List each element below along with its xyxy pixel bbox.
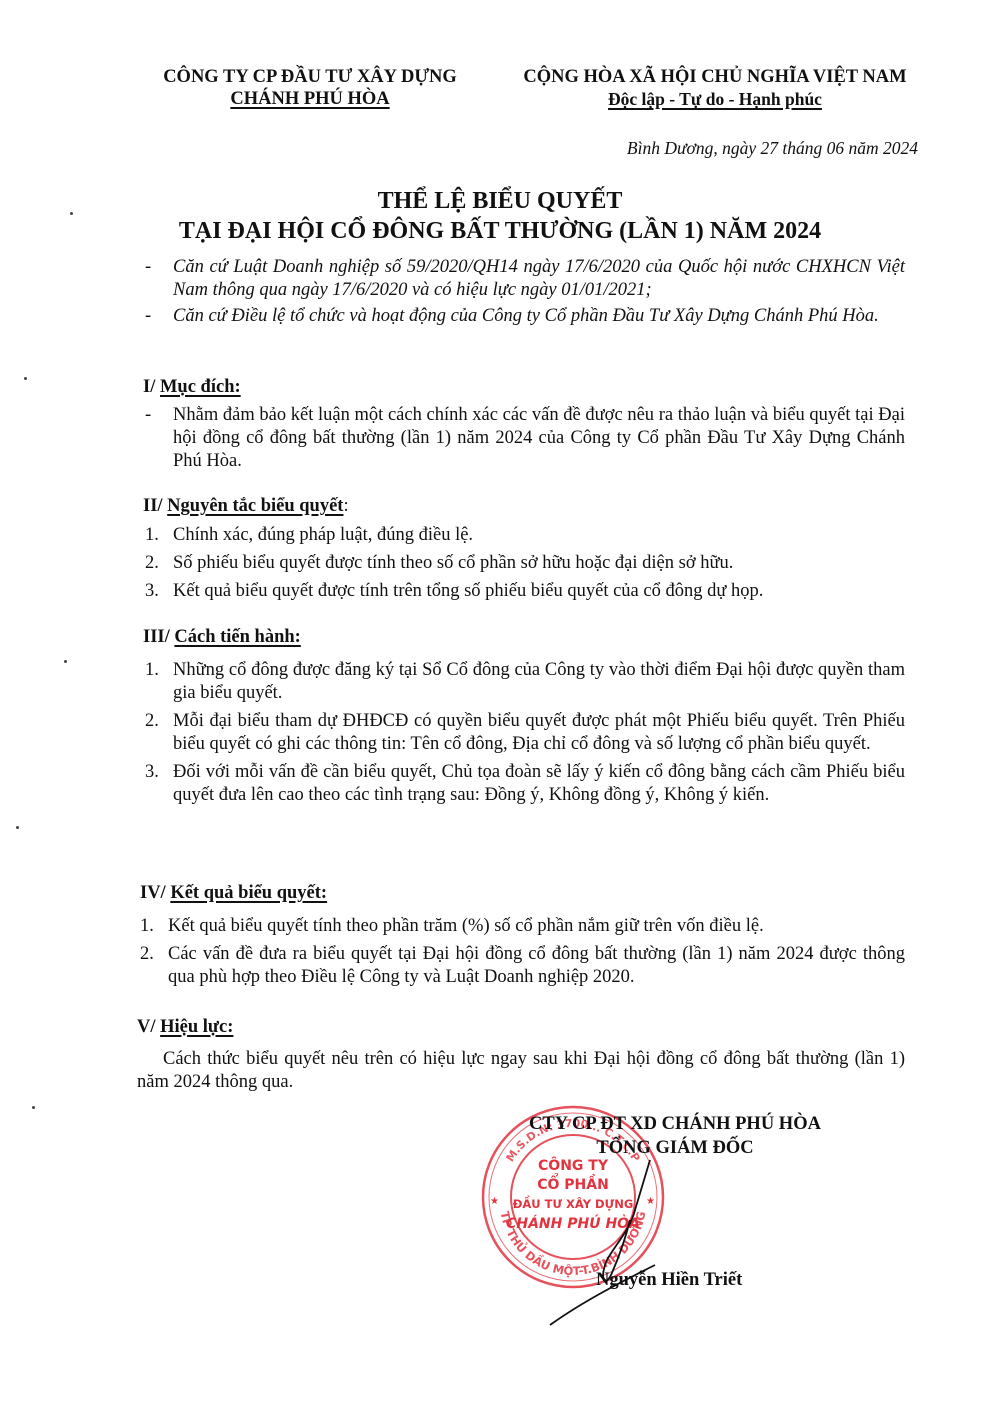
section-procedure: III/ Cách tiến hành: 1.Những cổ đông đượ… [145,626,905,807]
list-item: 3.Đối với mỗi vấn đề cần biểu quyết, Chủ… [145,761,905,807]
effect-paragraph: Cách thức biểu quyết nêu trên có hiệu lự… [137,1048,905,1094]
signer-name: Nguyễn Hiền Triết [596,1270,742,1291]
section-heading: I/ Mục đích: [143,376,905,399]
section-purpose: I/ Mục đích: - Nhằm đảm bảo kết luận một… [145,376,905,473]
preamble-item: - Căn cứ Điều lệ tổ chức và hoạt động củ… [145,305,905,328]
preamble-item: - Căn cứ Luật Doanh nghiệp số 59/2020/QH… [145,256,905,302]
scan-speck [32,1106,35,1109]
scan-speck [70,212,73,215]
list-item: 1.Kết quả biểu quyết tính theo phần trăm… [140,915,905,938]
section-heading: II/ Nguyên tắc biểu quyết: [143,495,905,518]
svg-text:★: ★ [490,1196,499,1207]
section-effect: V/ Hiệu lực: Cách thức biểu quyết nêu tr… [137,1016,905,1094]
list-item: 2.Số phiếu biểu quyết được tính theo số … [145,552,905,575]
company-header: CÔNG TY CP ĐẦU TƯ XÂY DỰNG CHÁNH PHÚ HÒA [140,66,480,110]
company-name-line1: CÔNG TY CP ĐẦU TƯ XÂY DỰNG [140,66,480,88]
handwritten-signature [545,1150,665,1330]
title-line1: THỂ LỆ BIỂU QUYẾT [0,186,1000,216]
company-name-line2: CHÁNH PHÚ HÒA [140,88,480,110]
section-principles: II/ Nguyên tắc biểu quyết: 1.Chính xác, … [145,495,905,603]
list-item: 1.Những cổ đông được đăng ký tại Sổ Cổ đ… [145,659,905,705]
title-line2: TẠI ĐẠI HỘI CỔ ĐÔNG BẤT THƯỜNG (LẦN 1) N… [0,216,1000,246]
section-heading: V/ Hiệu lực: [137,1016,905,1039]
list-item: 3.Kết quả biểu quyết được tính trên tổng… [145,580,905,603]
date-line: Bình Dương, ngày 27 tháng 06 năm 2024 [627,137,918,160]
list-item: 1.Chính xác, đúng pháp luật, đúng điều l… [145,524,905,547]
list-item: 2.Các vấn đề đưa ra biểu quyết tại Đại h… [140,943,905,989]
document-title: THỂ LỆ BIỂU QUYẾT TẠI ĐẠI HỘI CỔ ĐÔNG BẤ… [0,186,1000,246]
list-item: 2.Mỗi đại biểu tham dự ĐHĐCĐ có quyền bi… [145,710,905,756]
list-item: - Nhằm đảm bảo kết luận một cách chính x… [145,404,905,473]
national-motto-line2: Độc lập - Tự do - Hạnh phúc [500,88,930,110]
section-heading: III/ Cách tiến hành: [143,626,905,649]
scan-speck [24,377,27,380]
signature-company: CTY CP ĐT XD CHÁNH PHÚ HÒA [505,1112,845,1136]
scan-speck [64,660,67,663]
preamble: - Căn cứ Luật Doanh nghiệp số 59/2020/QH… [145,256,905,328]
national-motto-line1: CỘNG HÒA XÃ HỘI CHỦ NGHĨA VIỆT NAM [500,66,930,88]
section-results: IV/ Kết quả biểu quyết: 1.Kết quả biểu q… [140,882,905,989]
scan-speck [16,826,19,829]
section-heading: IV/ Kết quả biểu quyết: [140,882,905,905]
national-header: CỘNG HÒA XÃ HỘI CHỦ NGHĨA VIỆT NAM Độc l… [500,66,930,110]
